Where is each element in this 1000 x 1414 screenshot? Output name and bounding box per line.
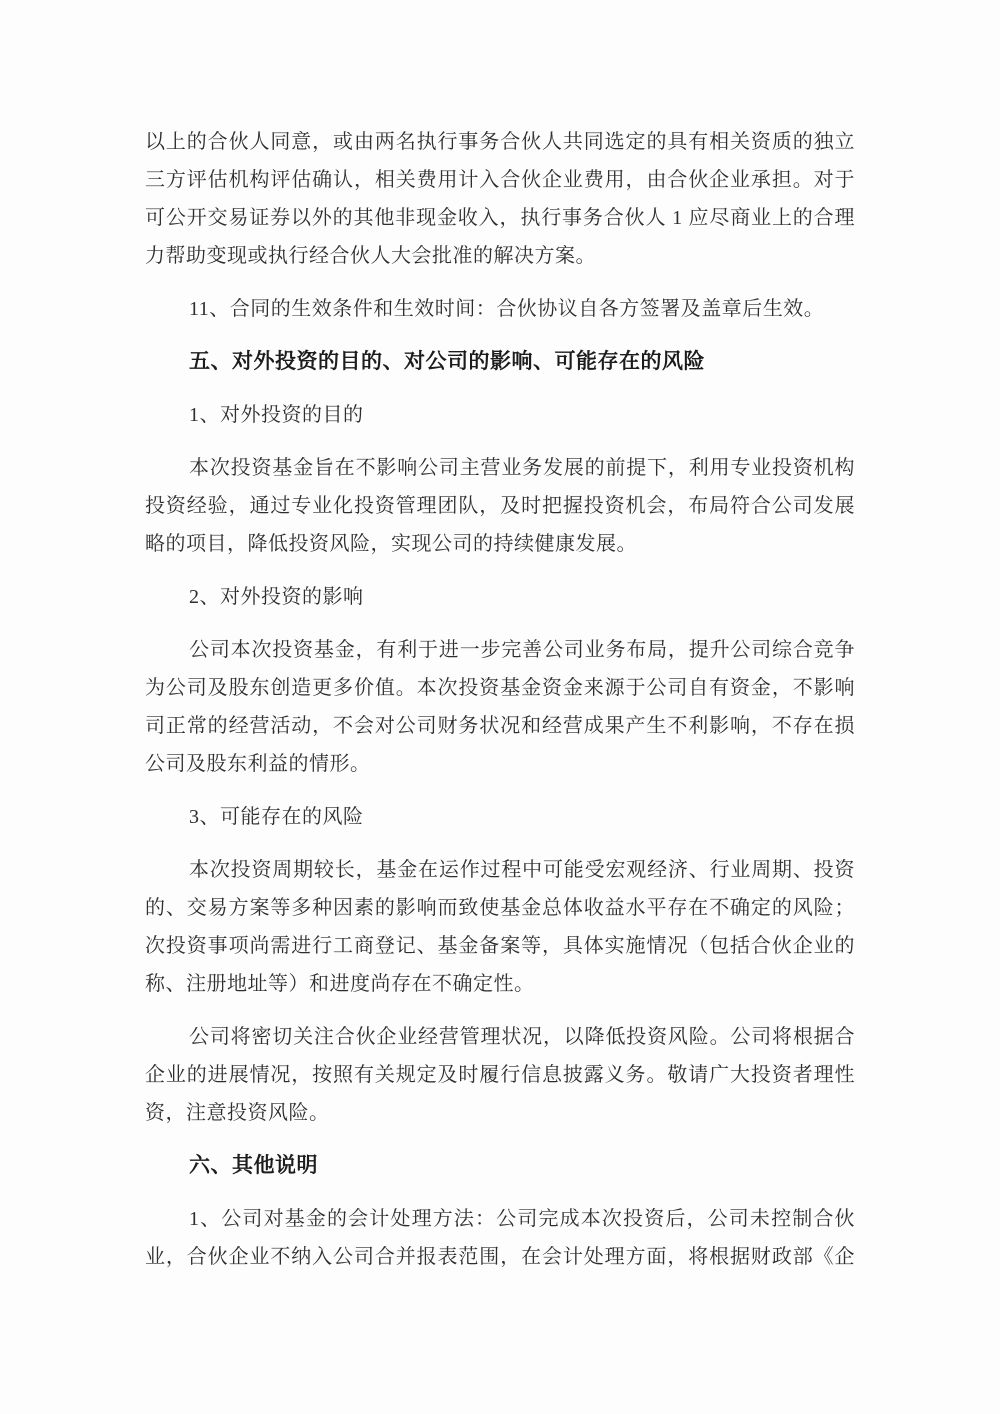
paragraph-line: 资，注意投资风险。 (145, 1094, 855, 1132)
paragraph-line: 11、合同的生效条件和生效时间：合伙协议自各方签署及盖章后生效。 (145, 290, 855, 328)
paragraph: 以上的合伙人同意，或由两名执行事务合伙人共同选定的具有相关资质的独立第三方评估机… (145, 123, 855, 275)
paragraph-line: 公司本次投资基金，有利于进一步完善公司业务布局，提升公司综合竞争力， (145, 631, 855, 669)
paragraph-line: 公司及股东利益的情形。 (145, 745, 855, 783)
paragraph-line: 司正常的经营活动，不会对公司财务状况和经营成果产生不利影响，不存在损害 (145, 707, 855, 745)
paragraph-line: 1、对外投资的目的 (145, 396, 855, 434)
paragraph: 1、对外投资的目的 (145, 396, 855, 434)
document-page: 以上的合伙人同意，或由两名执行事务合伙人共同选定的具有相关资质的独立第三方评估机… (0, 0, 1000, 1414)
section-heading: 六、其他说明 (145, 1147, 855, 1185)
paragraph: 2、对外投资的影响 (145, 578, 855, 616)
paragraph: 3、可能存在的风险 (145, 798, 855, 836)
paragraph: 公司本次投资基金，有利于进一步完善公司业务布局，提升公司综合竞争力，为公司及股东… (145, 631, 855, 783)
section-heading: 五、对外投资的目的、对公司的影响、可能存在的风险 (145, 343, 855, 381)
paragraph-line: 的、交易方案等多种因素的影响而致使基金总体收益水平存在不确定的风险；本 (145, 889, 855, 927)
paragraph-line: 本次投资周期较长，基金在运作过程中可能受宏观经济、行业周期、投资标 (145, 851, 855, 889)
paragraph-line: 公司将密切关注合伙企业经营管理状况，以降低投资风险。公司将根据合伙 (145, 1018, 855, 1056)
paragraph: 公司将密切关注合伙企业经营管理状况，以降低投资风险。公司将根据合伙企业的进展情况… (145, 1018, 855, 1132)
heading-line: 六、其他说明 (145, 1147, 855, 1185)
paragraph-line: 企业的进展情况，按照有关规定及时履行信息披露义务。敬请广大投资者理性投 (145, 1056, 855, 1094)
paragraph-line: 称、注册地址等）和进度尚存在不确定性。 (145, 965, 855, 1003)
heading-line: 五、对外投资的目的、对公司的影响、可能存在的风险 (145, 343, 855, 381)
paragraph-line: 2、对外投资的影响 (145, 578, 855, 616)
paragraph-line: 为公司及股东创造更多价值。本次投资基金资金来源于公司自有资金，不影响公 (145, 669, 855, 707)
paragraph-line: 本次投资基金旨在不影响公司主营业务发展的前提下，利用专业投资机构的 (145, 449, 855, 487)
paragraph-line: 三方评估机构评估确认，相关费用计入合伙企业费用，由合伙企业承担。对于除 (145, 161, 855, 199)
paragraph-line: 略的项目，降低投资风险，实现公司的持续健康发展。 (145, 525, 855, 563)
paragraph: 1、公司对基金的会计处理方法：公司完成本次投资后，公司未控制合伙企业，合伙企业不… (145, 1200, 855, 1276)
paragraph-line: 1、公司对基金的会计处理方法：公司完成本次投资后，公司未控制合伙企 (145, 1200, 855, 1238)
paragraph-line: 可公开交易证券以外的其他非现金收入，执行事务合伙人 1 应尽商业上的合理努 (145, 199, 855, 237)
paragraph-line: 3、可能存在的风险 (145, 798, 855, 836)
paragraph: 本次投资基金旨在不影响公司主营业务发展的前提下，利用专业投资机构的投资经验，通过… (145, 449, 855, 563)
paragraph: 本次投资周期较长，基金在运作过程中可能受宏观经济、行业周期、投资标的、交易方案等… (145, 851, 855, 1003)
paragraph: 11、合同的生效条件和生效时间：合伙协议自各方签署及盖章后生效。 (145, 290, 855, 328)
paragraph-line: 投资经验，通过专业化投资管理团队，及时把握投资机会，布局符合公司发展战 (145, 487, 855, 525)
paragraph-line: 以上的合伙人同意，或由两名执行事务合伙人共同选定的具有相关资质的独立第 (145, 123, 855, 161)
document-text-block: 以上的合伙人同意，或由两名执行事务合伙人共同选定的具有相关资质的独立第三方评估机… (145, 123, 855, 1276)
paragraph-line: 力帮助变现或执行经合伙人大会批准的解决方案。 (145, 237, 855, 275)
paragraph-line: 次投资事项尚需进行工商登记、基金备案等，具体实施情况（包括合伙企业的名 (145, 927, 855, 965)
paragraph-line: 业，合伙企业不纳入公司合并报表范围，在会计处理方面，将根据财政部《企业 (145, 1238, 855, 1276)
